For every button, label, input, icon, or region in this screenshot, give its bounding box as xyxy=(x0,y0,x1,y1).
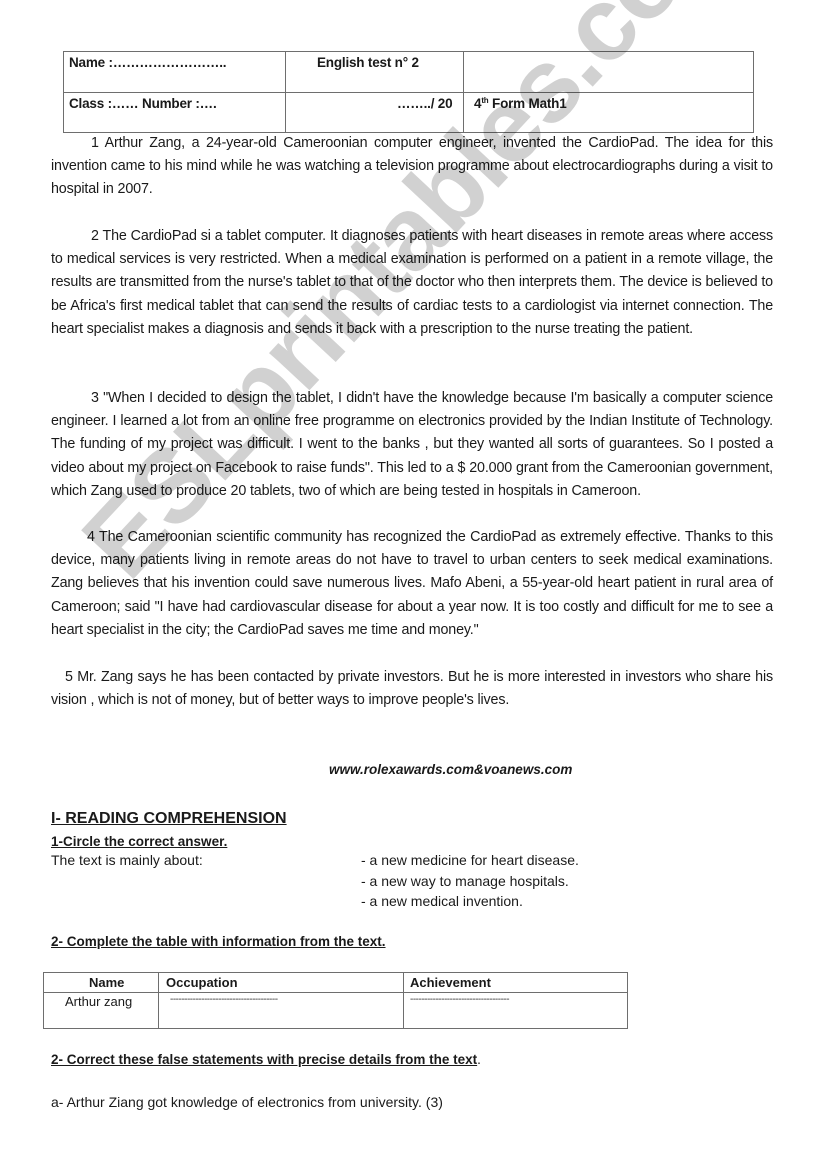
cell-occupation-blank[interactable]: -------------------------------------- xyxy=(170,994,278,1005)
question-2-title: 2- Complete the table with information f… xyxy=(51,934,386,949)
question-3-title-period: . xyxy=(477,1052,481,1067)
paragraph-2: 2 The CardioPad si a tablet computer. It… xyxy=(51,225,773,341)
table-divider xyxy=(44,992,627,993)
section-title: I- READING COMPREHENSION xyxy=(51,810,287,828)
answer-option-2[interactable]: - a new way to manage hospitals. xyxy=(361,873,569,889)
table-divider xyxy=(158,973,159,1028)
form-text: Form Math1 xyxy=(488,96,566,111)
answer-option-1[interactable]: - a new medicine for heart disease. xyxy=(361,852,579,868)
score-field: ……../ 20 xyxy=(397,96,452,111)
paragraph-text: 4 The Cameroonian scientific community h… xyxy=(51,529,773,638)
source-citation: www.rolexawards.com&voanews.com xyxy=(329,762,572,777)
paragraph-4: 4 The Cameroonian scientific community h… xyxy=(51,526,773,642)
test-title: English test n° 2 xyxy=(317,55,419,70)
form-label: 4th Form Math1 xyxy=(474,96,567,111)
paragraph-5: 5 Mr. Zang says he has been contacted by… xyxy=(51,666,773,712)
header-table: Name :…………………….. English test n° 2 Class… xyxy=(63,51,754,133)
table-divider xyxy=(403,973,404,1028)
answer-table: Name Occupation Achievement Arthur zang … xyxy=(43,972,628,1029)
table-divider xyxy=(64,92,753,93)
false-statement-a: a- Arthur Ziang got knowledge of electro… xyxy=(51,1094,443,1110)
column-header-name: Name xyxy=(89,975,124,990)
name-field-label: Name :…………………….. xyxy=(69,55,226,70)
paragraph-text: 5 Mr. Zang says he has been contacted by… xyxy=(51,669,773,708)
column-header-achievement: Achievement xyxy=(410,975,491,990)
paragraph-text: 1 Arthur Zang, a 24-year-old Cameroonian… xyxy=(51,135,773,197)
paragraph-text: 3 "When I decided to design the tablet, … xyxy=(51,390,773,499)
paragraph-3: 3 "When I decided to design the tablet, … xyxy=(51,387,773,503)
class-number-field-label: Class :…… Number :…. xyxy=(69,96,217,111)
cell-name: Arthur zang xyxy=(65,994,132,1009)
question-1-title: 1-Circle the correct answer. xyxy=(51,834,227,849)
question-1-stem: The text is mainly about: xyxy=(51,852,203,868)
worksheet-page: Name :…………………….. English test n° 2 Class… xyxy=(0,0,821,1161)
paragraph-text: 2 The CardioPad si a tablet computer. It… xyxy=(51,228,773,337)
paragraph-1: 1 Arthur Zang, a 24-year-old Cameroonian… xyxy=(51,132,773,202)
question-3-title: 2- Correct these false statements with p… xyxy=(51,1052,481,1067)
column-header-occupation: Occupation xyxy=(166,975,238,990)
cell-achievement-blank[interactable]: ----------------------------------- xyxy=(410,994,509,1005)
question-3-title-text: 2- Correct these false statements with p… xyxy=(51,1052,477,1067)
answer-option-3[interactable]: - a new medical invention. xyxy=(361,893,523,909)
